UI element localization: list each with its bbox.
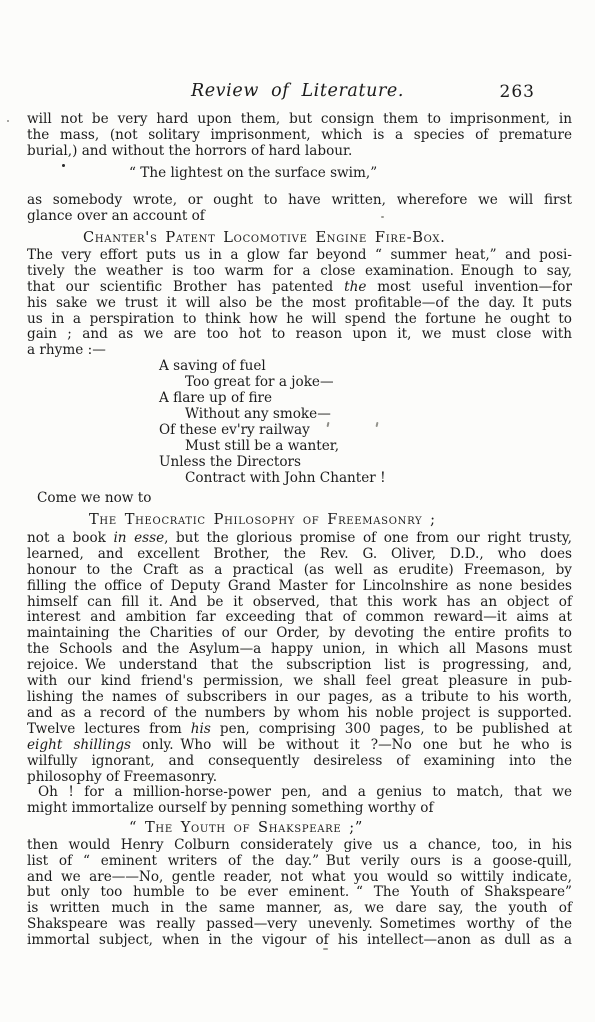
scan-artifact <box>381 216 384 218</box>
text-line: filling the office of Deputy Grand Maste… <box>27 579 572 595</box>
para-imprisonment: will not be very hard upon them, but con… <box>27 112 572 160</box>
text-line: the Schools and the Asylum—a happy union… <box>27 642 572 658</box>
heading-chanter: Chanter's Patent Locomotive Engine Fire-… <box>83 230 572 247</box>
text-line: Shakspeare was really passed—very uneven… <box>27 917 572 933</box>
text-line: Without any smoke— <box>159 407 572 423</box>
text-line: a rhyme :— <box>27 343 572 359</box>
text-line: The very effort puts us in a glow far be… <box>27 248 572 264</box>
text-line: Oh ! for a million-horse-power pen, and … <box>27 785 572 801</box>
scan-artifact <box>62 164 65 167</box>
text-line: but only too humble to be ever eminent. … <box>27 885 572 901</box>
text-line: will not be very hard upon them, but con… <box>27 112 572 128</box>
text-line: rejoice. We understand that the subscrip… <box>27 658 572 674</box>
text-line: lishing the names of subscribers in our … <box>27 690 572 706</box>
scan-artifact <box>7 120 9 122</box>
text-line: and we are——No, gentle reader, not what … <box>27 870 572 886</box>
para-somebody: as somebody wrote, or ought to have writ… <box>27 193 572 225</box>
text-line: then would Henry Colburn considerately g… <box>27 838 572 854</box>
text-line: not a book in esse, but the glorious pro… <box>27 531 572 547</box>
text-line: A saving of fuel <box>159 359 572 375</box>
text-line: might immortalize ourself by penning som… <box>27 801 572 817</box>
text-line: learned, and excellent Brother, the Rev.… <box>27 547 572 563</box>
text-line: Too great for a joke— <box>159 375 572 391</box>
text-line: glance over an account of <box>27 209 572 225</box>
verse-rhyme: A saving of fuelToo great for a joke—A f… <box>159 359 572 486</box>
text-line: the mass, (not solitary imprisonment, wh… <box>27 128 572 144</box>
text-line: Chanter's Patent Locomotive Engine Fire-… <box>83 230 572 247</box>
para-come-we: Come we now to <box>27 491 572 507</box>
text-line: interest and ambition far exceeding that… <box>27 610 572 626</box>
scan-artifact <box>323 948 328 950</box>
para-freemasonry-review: not a book in esse, but the glorious pro… <box>27 531 572 786</box>
text-line: A flare up of fire <box>159 391 572 407</box>
page-content: will not be very hard upon them, but con… <box>27 112 572 949</box>
text-line: wilfully ignorant, and consequently desi… <box>27 754 572 770</box>
para-oh: Oh ! for a million-horse-power pen, and … <box>27 785 572 817</box>
para-chanter-review: The very effort puts us in a glow far be… <box>27 248 572 359</box>
text-line: Contract with John Chanter ! <box>159 471 572 487</box>
text-line: Of these ev'ry railway <box>159 423 572 439</box>
text-line: “ The lightest on the surface swim,” <box>129 166 572 182</box>
text-line: honour to the Craft as a practical (as w… <box>27 563 572 579</box>
text-line: and as a record of the numbers by whom h… <box>27 706 572 722</box>
text-line: “ The Youth of Shakspeare ;” <box>129 820 572 837</box>
text-line: is written much in the same manner, as, … <box>27 901 572 917</box>
running-head: Review of Literature. 263 <box>0 81 595 105</box>
page-number: 263 <box>500 82 535 102</box>
text-line: gain ; and as we are too hot to reason u… <box>27 327 572 343</box>
text-line: list of “ eminent writers of the day.” B… <box>27 854 572 870</box>
text-line: himself can fill it. And be it observed,… <box>27 595 572 611</box>
text-line: his sake we trust it will also be the mo… <box>27 296 572 312</box>
text-line: maintaining the Charities of our Order, … <box>27 626 572 642</box>
quote-lightest: “ The lightest on the surface swim,” <box>129 166 572 182</box>
text-line: as somebody wrote, or ought to have writ… <box>27 193 572 209</box>
text-line: burial,) and without the horrors of hard… <box>27 144 572 160</box>
heading-theocratic: The Theocratic Philosophy of Freemasonry… <box>89 512 572 529</box>
text-line: Must still be a wanter, <box>159 439 572 455</box>
text-line: Twelve lectures from his pen, comprising… <box>27 722 572 738</box>
text-line: tively the weather is too warm for a clo… <box>27 264 572 280</box>
text-line: us in a perspiration to think how he wil… <box>27 312 572 328</box>
heading-youth: “ The Youth of Shakspeare ;” <box>129 820 572 837</box>
book-page: Review of Literature. 263 will not be ve… <box>0 0 595 1022</box>
text-line: Unless the Directors <box>159 455 572 471</box>
text-line: philosophy of Freemasonry. <box>27 770 572 786</box>
text-line: Come we now to <box>37 491 572 507</box>
text-line: The Theocratic Philosophy of Freemasonry… <box>89 512 572 529</box>
text-line: immortal subject, when in the vigour of … <box>27 933 572 949</box>
text-line: eight shillings only. Who will be withou… <box>27 738 572 754</box>
para-shakspeare-review: then would Henry Colburn considerately g… <box>27 838 572 949</box>
text-line: with our kind friend's permission, we sh… <box>27 674 572 690</box>
text-line: that our scientific Brother has patented… <box>27 280 572 296</box>
